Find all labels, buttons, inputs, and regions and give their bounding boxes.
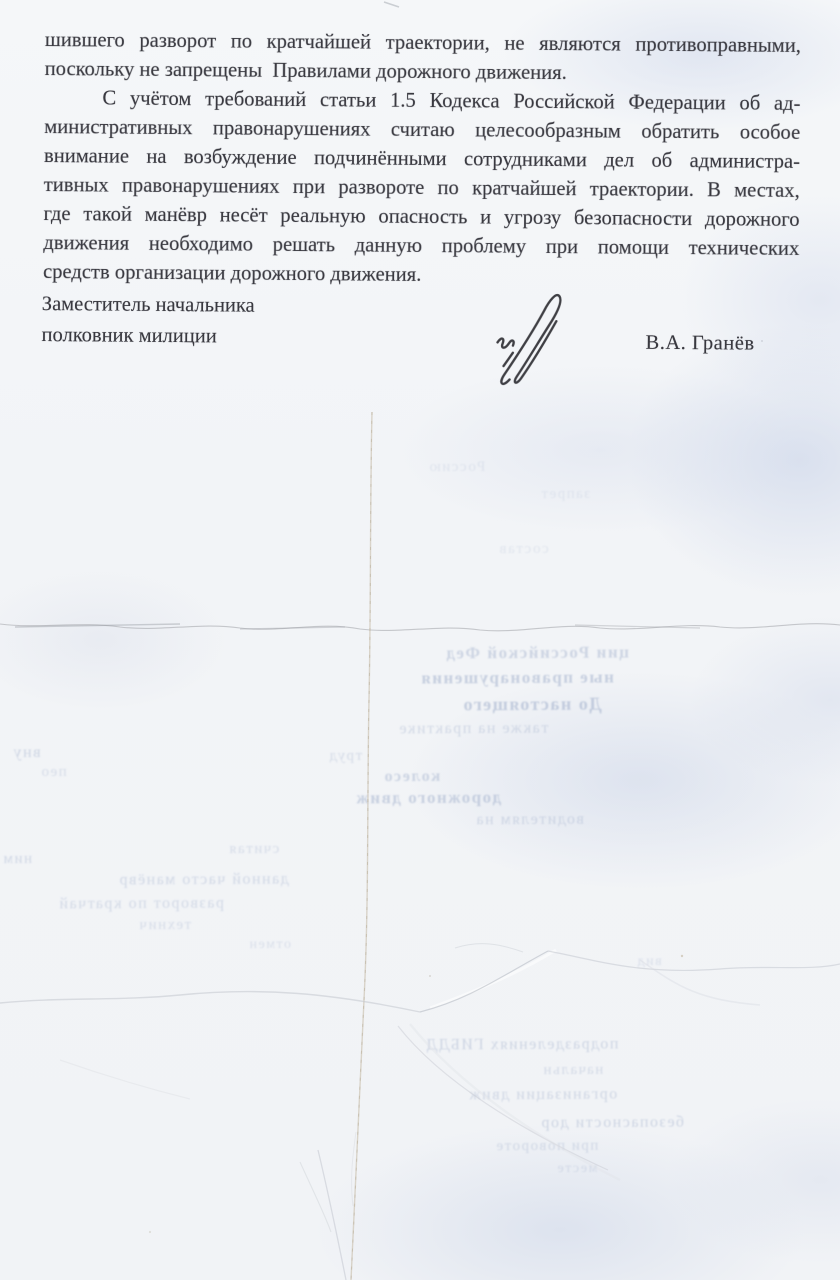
bleedthrough-text: разворот по кратчай bbox=[58, 895, 224, 914]
bleedthrough-text: состав bbox=[498, 541, 549, 558]
bleedthrough-text: ним bbox=[2, 851, 32, 868]
bleedthrough-text: технич bbox=[138, 917, 191, 934]
bleedthrough-text: колесо bbox=[383, 768, 440, 786]
bleedthrough-text: подразделениях ГИБДД bbox=[425, 1035, 618, 1054]
signatory-name: В.А. Гранёв bbox=[645, 332, 805, 356]
scanned-letter-page: ции Российской Фед ные правонарушения До… bbox=[0, 0, 840, 1280]
bleedthrough-text: считая bbox=[228, 841, 279, 858]
bleedthrough-text: вну bbox=[12, 744, 41, 762]
bleedthrough-text: отмен bbox=[248, 937, 291, 953]
signatory-position-line: Заместитель начальника bbox=[42, 289, 322, 322]
bleedthrough-text: также на практике bbox=[398, 720, 549, 739]
body-line: средств организации дорожного движения. bbox=[43, 258, 799, 293]
bleedthrough-text: начальн bbox=[542, 1062, 603, 1079]
body-text: шившего разворот по кратчайшей траектори… bbox=[43, 26, 801, 293]
bleedthrough-text: вид bbox=[636, 954, 662, 970]
bleedthrough-text: водителям на bbox=[475, 811, 584, 830]
bleedthrough-text: месте bbox=[556, 1161, 598, 1177]
signatory-title: Заместитель начальника полковник милиции bbox=[41, 289, 321, 353]
bleedthrough-text: труд bbox=[328, 748, 362, 765]
bleedthrough-text: данной часто манёвр bbox=[118, 871, 289, 890]
bleedthrough-text: организации движ bbox=[468, 1086, 617, 1105]
handwritten-signature-icon bbox=[479, 277, 590, 386]
bleedthrough-text: дорожного движ bbox=[355, 788, 501, 809]
signatory-rank-line: полковник милиции bbox=[41, 320, 321, 353]
letter-content: шившего разворот по кратчайшей траектори… bbox=[0, 0, 840, 6]
bleedthrough-text: До настоящего bbox=[462, 694, 602, 716]
bleedthrough-text: безопасности дор bbox=[540, 1114, 684, 1133]
bleedthrough-text: при повороте bbox=[495, 1138, 598, 1156]
bleedthrough-text: ные правонарушения bbox=[420, 667, 614, 688]
bleedthrough-text: пео bbox=[40, 764, 67, 781]
bleedthrough-text: ции Российской Фед bbox=[445, 643, 629, 664]
bleedthrough-text: запрет bbox=[540, 486, 590, 503]
bleedthrough-text: Россию bbox=[428, 459, 485, 476]
